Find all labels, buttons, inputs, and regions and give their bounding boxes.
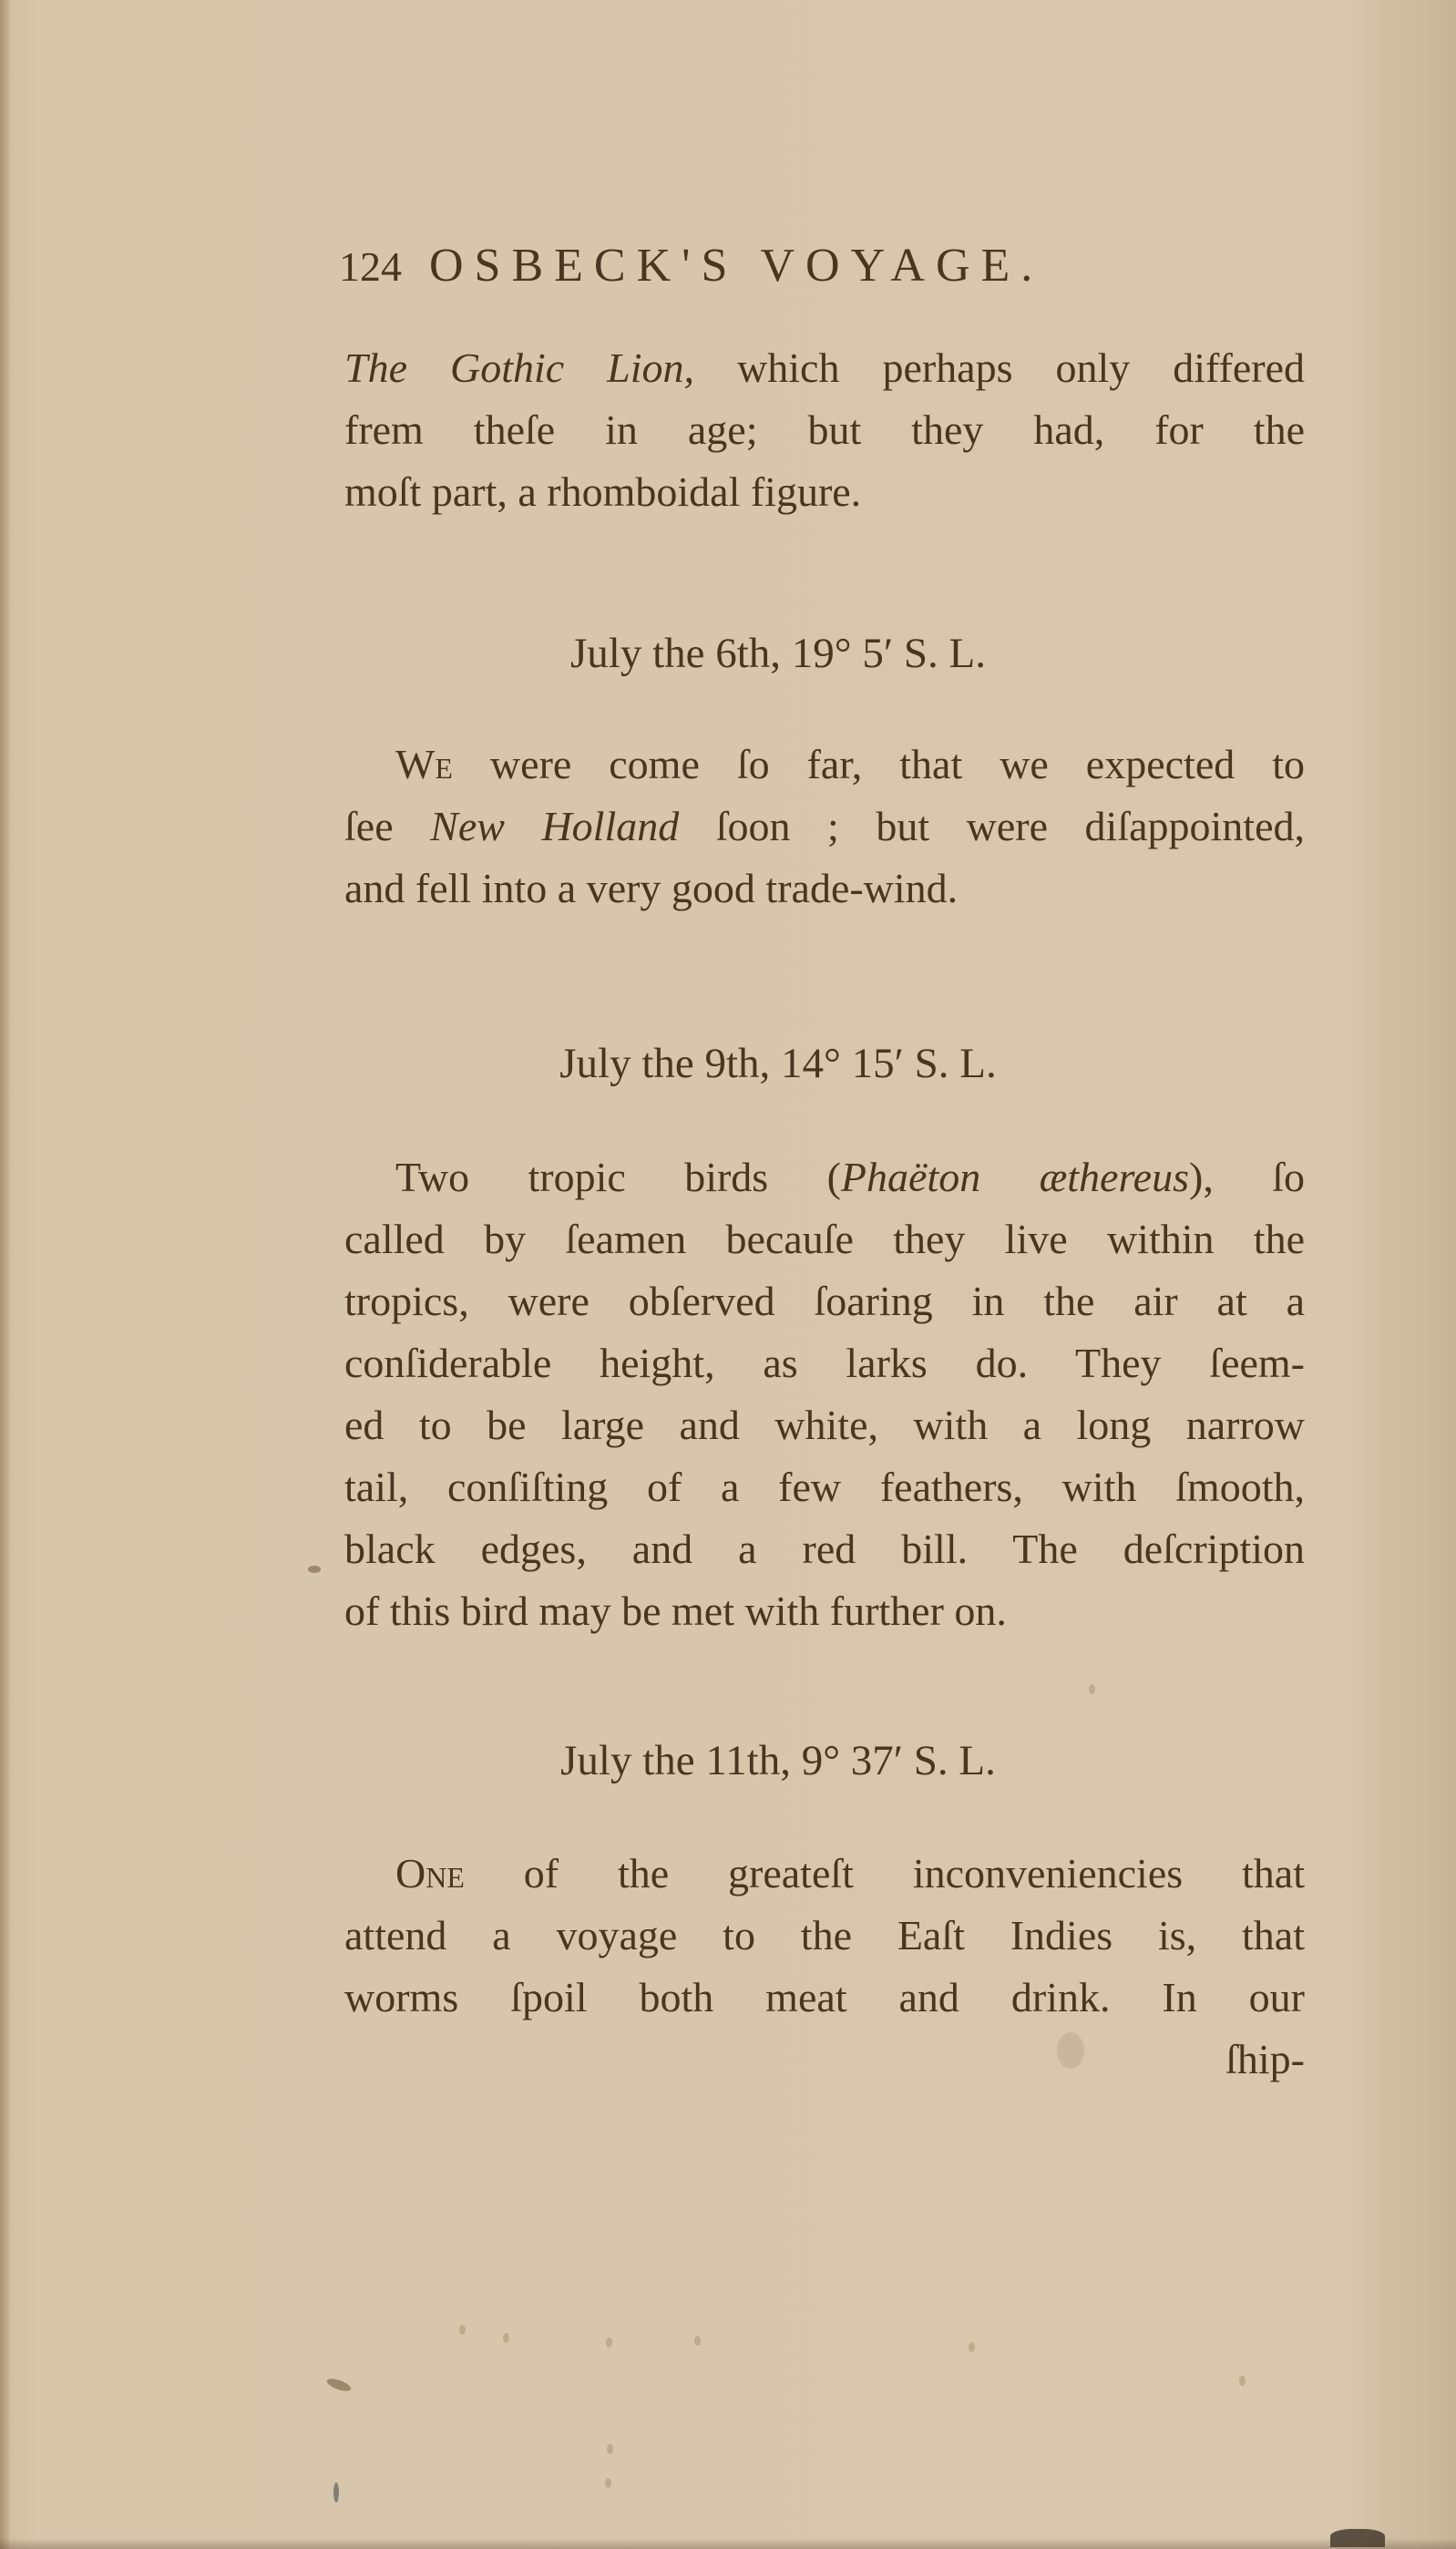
line-text: called by ſeamen becauſe they live withi… xyxy=(344,1216,1305,1262)
entry-paragraph-july-9: Two tropic birds (Phaëton æthereus), ſo … xyxy=(344,1146,1305,1642)
line-text: frem theſe in age; but they had, for the xyxy=(344,406,1305,453)
initial-cap: W xyxy=(395,741,435,787)
line-text: moſt part, a rhomboidal figure. xyxy=(344,468,861,515)
dateline-july-9: July the 9th, 14° 15′ S. L. xyxy=(0,1039,1456,1088)
running-header: 124OSBECK'S VOYAGE. xyxy=(339,239,1043,293)
italic-text: The Gothic Lion, xyxy=(344,344,694,391)
paragraph-line: The Gothic Lion, which perhaps only diff… xyxy=(344,337,1305,399)
line-text: which perhaps only differed xyxy=(694,344,1305,391)
line-text: and fell into a very good trade-wind. xyxy=(344,865,958,911)
line-text: of the greateſt inconveniencies that xyxy=(465,1850,1305,1896)
small-caps-text: e xyxy=(435,741,453,787)
line-text: Two tropic birds ( xyxy=(395,1154,841,1200)
page-number: 124 xyxy=(339,243,402,290)
paragraph-line: ſee New Holland ſoon ; but were diſappoi… xyxy=(344,796,1305,858)
line-text: attend a voyage to the Eaſt Indies is, t… xyxy=(344,1912,1305,1958)
line-text: ed to be large and white, with a long na… xyxy=(344,1402,1305,1448)
paper-blemish xyxy=(459,2325,466,2335)
paper-blemish xyxy=(1089,1684,1095,1694)
running-head-title: OSBECK'S VOYAGE. xyxy=(429,240,1043,292)
dateline-july-6: July the 6th, 19° 5′ S. L. xyxy=(0,629,1456,678)
line-text: ſoon ; but were diſappointed, xyxy=(679,803,1305,849)
paper-blemish xyxy=(308,1566,321,1573)
paper-blemish xyxy=(1239,2376,1246,2386)
page-gutter-edge xyxy=(0,0,9,2549)
intro-paragraph: The Gothic Lion, which perhaps only diff… xyxy=(344,337,1305,523)
catchword: ſhip- xyxy=(344,2029,1305,2091)
paper-blemish xyxy=(503,2333,509,2343)
book-page: 124OSBECK'S VOYAGE. The Gothic Lion, whi… xyxy=(0,0,1456,2549)
entry-paragraph-july-11: One of the greateſt inconveniencies that… xyxy=(344,1843,1305,2091)
entry-paragraph-july-6: We were come ſo far, that we expected to… xyxy=(344,734,1305,920)
paper-blemish xyxy=(969,2342,975,2352)
paper-blemish xyxy=(333,2482,339,2503)
paragraph-line: worms ſpoil both meat and drink. In our xyxy=(344,1967,1305,2029)
line-text: tropics, were obſerved ſoaring in the ai… xyxy=(344,1278,1305,1324)
paragraph-line: conſiderable height, as larks do. They ſ… xyxy=(344,1332,1305,1394)
paper-blemish xyxy=(605,2478,611,2488)
dateline-text: July the 9th, 14° 15′ S. L. xyxy=(559,1039,997,1088)
page-corner-shadow xyxy=(1330,2529,1385,2547)
dateline-text: July the 6th, 19° 5′ S. L. xyxy=(570,629,986,678)
paragraph-line: and fell into a very good trade-wind. xyxy=(344,858,1305,920)
paragraph-line: of this bird may be met with further on. xyxy=(344,1580,1305,1642)
italic-text: New Holland xyxy=(430,803,679,849)
paper-blemish xyxy=(325,2377,353,2394)
paragraph-line: tropics, were obſerved ſoaring in the ai… xyxy=(344,1270,1305,1332)
line-text: tail, conſiſting of a few feathers, with… xyxy=(344,1464,1305,1510)
dateline-text: July the 11th, 9° 37′ S. L. xyxy=(560,1736,996,1785)
line-text: worms ſpoil both meat and drink. In our xyxy=(344,1974,1305,2020)
paper-blemish xyxy=(607,2444,613,2454)
paper-stain xyxy=(1057,2032,1084,2069)
paper-blemish xyxy=(606,2338,612,2348)
small-caps-text: ne xyxy=(426,1850,465,1896)
line-text: of this bird may be met with further on. xyxy=(344,1588,1007,1634)
paragraph-line: We were come ſo far, that we expected to xyxy=(344,734,1305,796)
paragraph-line: One of the greateſt inconveniencies that xyxy=(344,1843,1305,1905)
italic-text: Phaëton æthereus xyxy=(841,1154,1189,1200)
paper-blemish xyxy=(694,2336,701,2346)
line-text: ſee xyxy=(344,803,430,849)
line-text: conſiderable height, as larks do. They ſ… xyxy=(344,1340,1305,1386)
paragraph-line: called by ſeamen becauſe they live withi… xyxy=(344,1208,1305,1270)
paragraph-line: black edges, and a red bill. The deſcrip… xyxy=(344,1518,1305,1580)
catchword-text: ſhip- xyxy=(1225,2036,1305,2082)
paragraph-line: Two tropic birds (Phaëton æthereus), ſo xyxy=(344,1146,1305,1208)
paragraph-line: attend a voyage to the Eaſt Indies is, t… xyxy=(344,1905,1305,1967)
paragraph-line: tail, conſiſting of a few feathers, with… xyxy=(344,1456,1305,1518)
paragraph-line: ed to be large and white, with a long na… xyxy=(344,1394,1305,1456)
line-text: ), ſo xyxy=(1189,1154,1305,1200)
paragraph-line: moſt part, a rhomboidal figure. xyxy=(344,461,1305,523)
line-text: black edges, and a red bill. The deſcrip… xyxy=(344,1526,1305,1572)
line-text: were come ſo far, that we expected to xyxy=(453,741,1305,787)
initial-cap: O xyxy=(395,1850,426,1896)
paragraph-line: frem theſe in age; but they had, for the xyxy=(344,399,1305,461)
dateline-july-11: July the 11th, 9° 37′ S. L. xyxy=(0,1736,1456,1785)
